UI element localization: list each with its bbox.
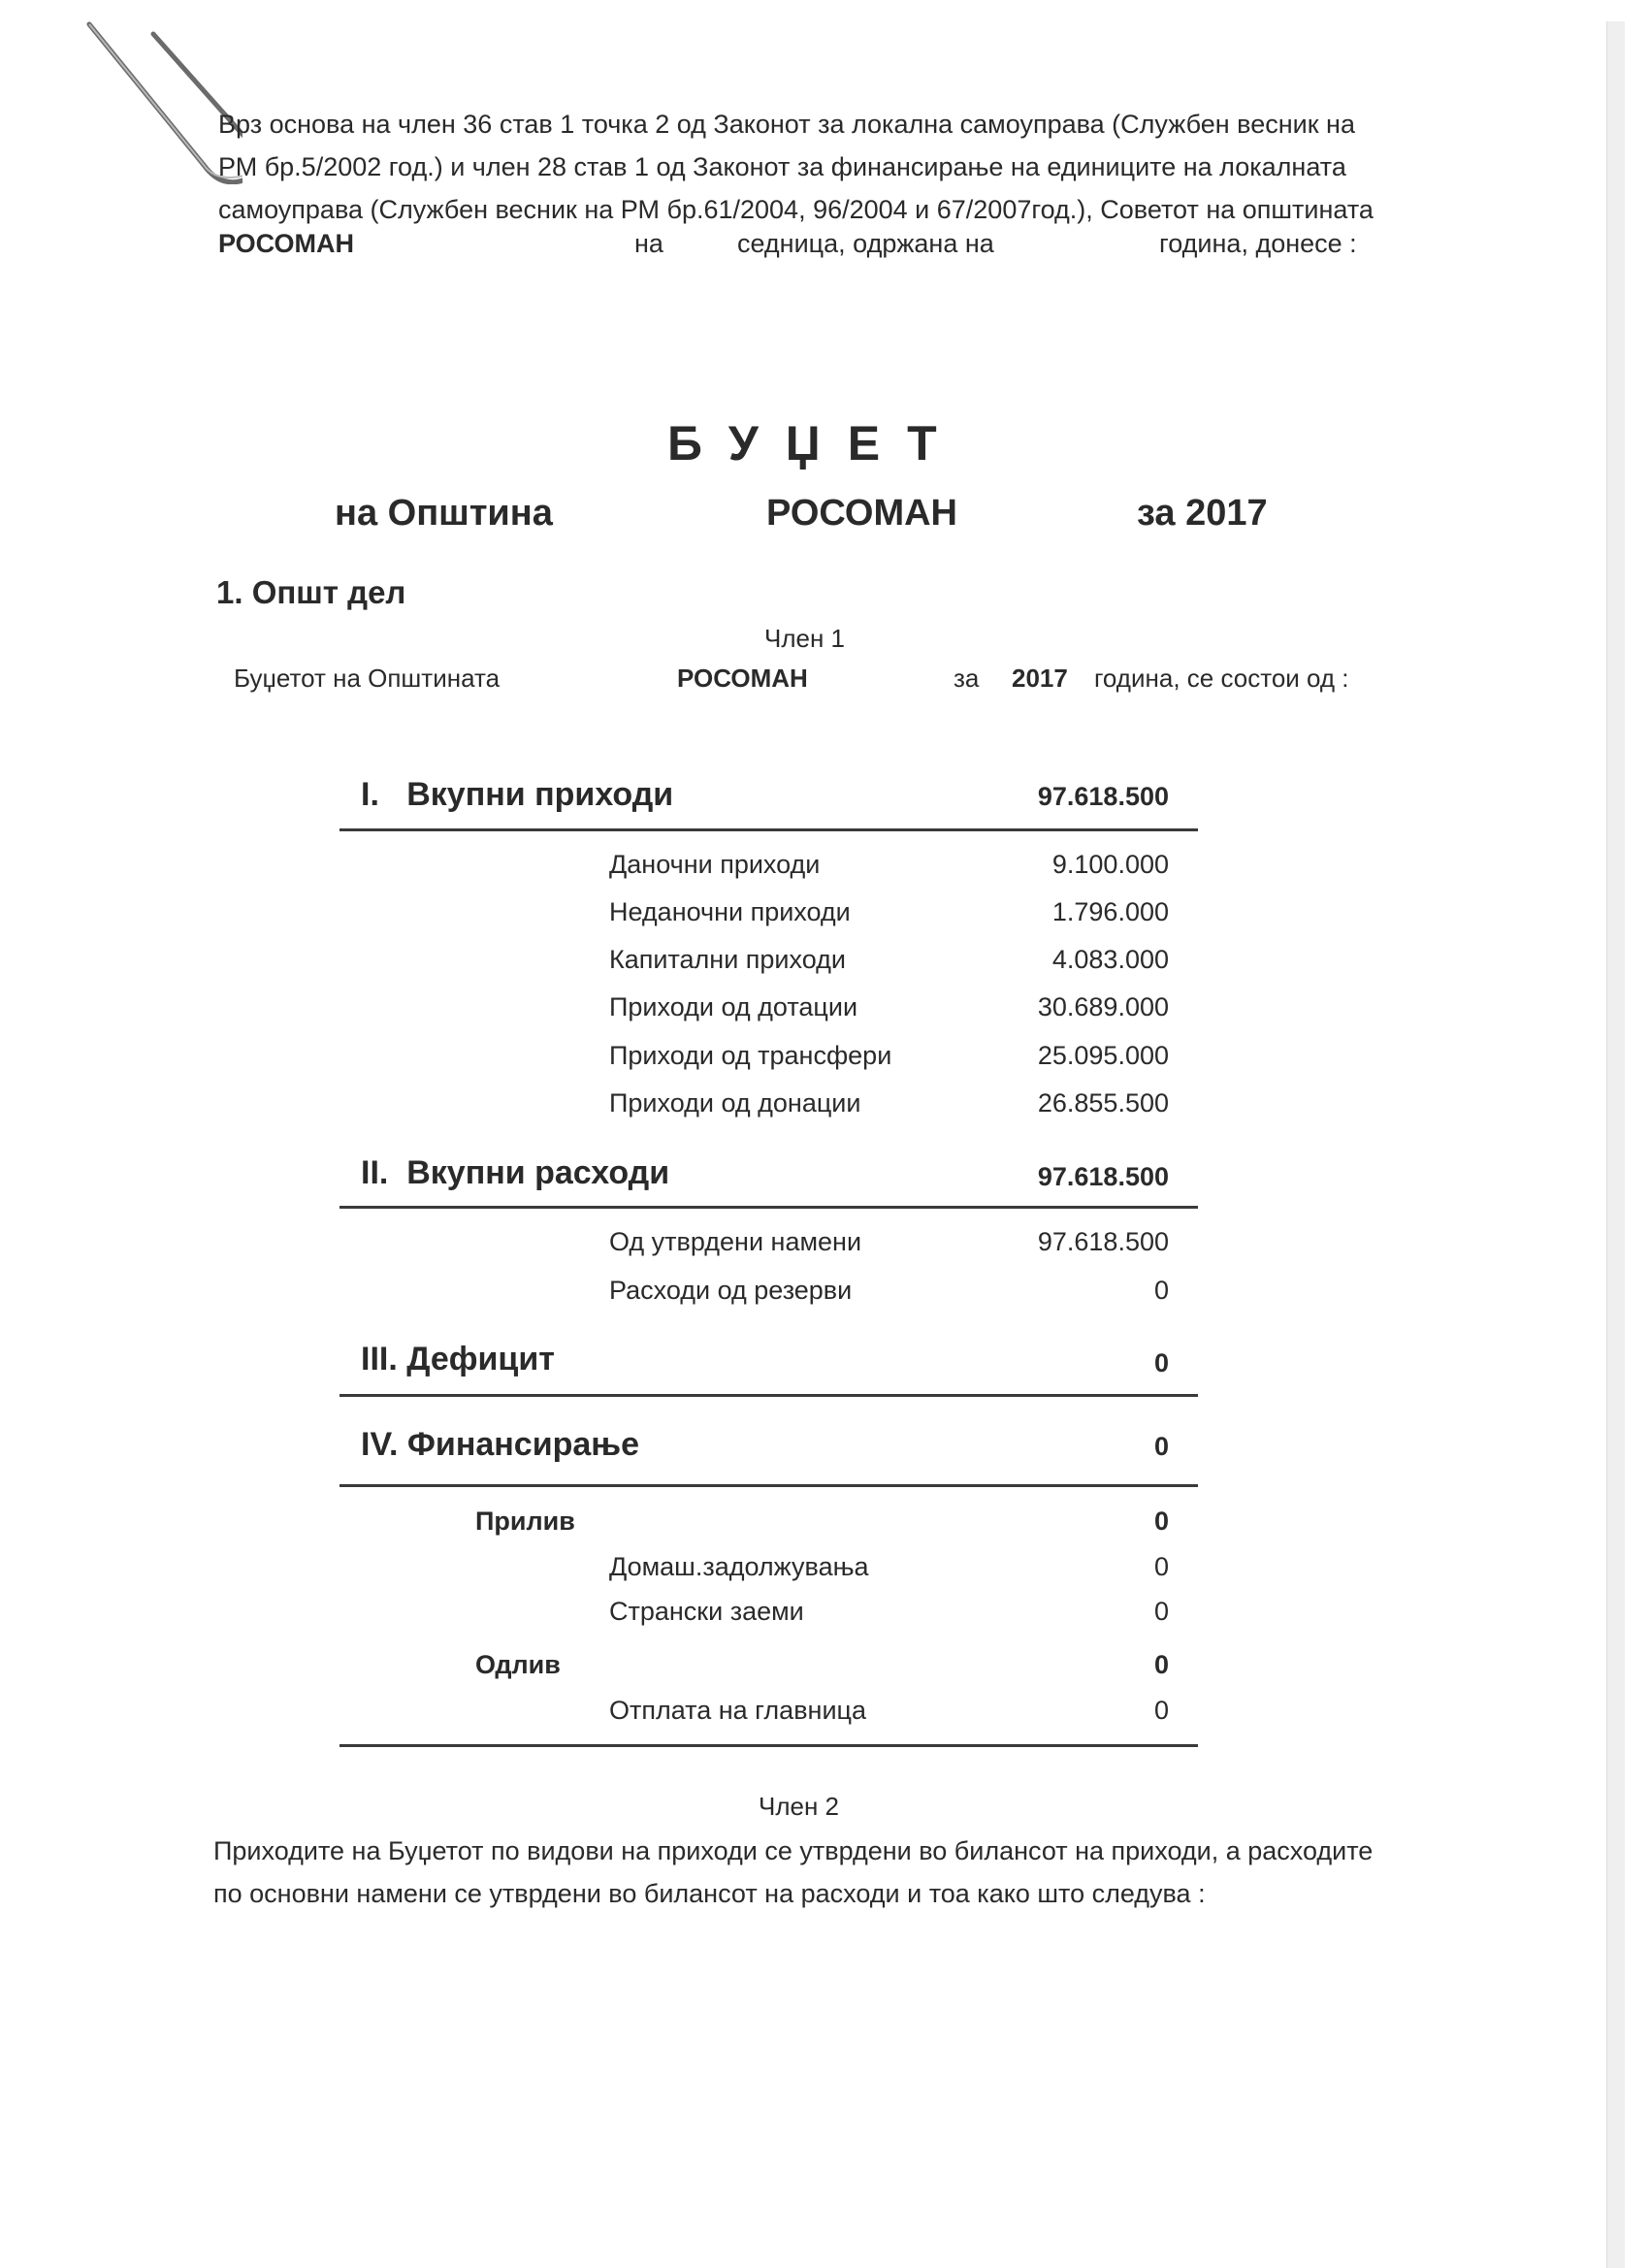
list-item-label: Расходи од резерви [609,1276,852,1306]
list-item-label: Од утврдени намени [609,1227,861,1257]
title-prefix: на Општина [335,493,553,535]
deficit-label: III. Дефицит [361,1341,555,1378]
list-item-label: Даночни приходи [609,850,820,880]
list-item-value: 1.796.000 [917,897,1169,927]
outflow-value: 0 [917,1650,1169,1680]
divider [339,828,1198,831]
total-revenues-label: I. Вкупни приходи [361,776,673,814]
list-item-value: 4.083.000 [917,945,1169,975]
outflow-label: Одлив [475,1650,561,1680]
intro-na: на [634,222,663,265]
list-item-value: 97.618.500 [917,1227,1169,1257]
list-item-value: 0 [917,1276,1169,1306]
title-municipality: РОСОМАН [766,493,957,535]
total-revenues-value: 97.618.500 [917,782,1169,812]
article-1-municipality: РОСОМАН [677,664,808,694]
list-item-label: Приходи од трансфери [609,1041,891,1071]
intro-session: седница, одржана на [737,222,994,265]
article-2-heading: Член 2 [759,1792,839,1822]
financing-value: 0 [917,1432,1169,1462]
list-item-value: 0 [917,1696,1169,1726]
list-item-label: Отплата на главница [609,1696,866,1726]
intro-municipality: РОСОМАН [218,222,354,265]
article-1-year: 2017 [1012,664,1068,694]
divider [339,1484,1198,1487]
divider [339,1206,1198,1209]
list-item-label: Неданочни приходи [609,897,851,927]
section-heading: 1. Општ дел [216,574,405,611]
divider [339,1394,1198,1397]
inflow-value: 0 [917,1507,1169,1537]
list-item-value: 25.095.000 [917,1041,1169,1071]
list-item-value: 9.100.000 [917,850,1169,880]
financing-label: IV. Финансирање [361,1426,639,1464]
document-title: БУЏЕТ [667,415,964,471]
article-1-prefix: Буџетот на Општината [234,664,500,694]
inflow-label: Прилив [475,1507,575,1537]
page-edge-shadow [1606,21,1625,2268]
intro-line-2: РМ бр.5/2002 год.) и член 28 став 1 од З… [218,146,1346,188]
divider [339,1744,1198,1747]
list-item-value: 26.855.500 [917,1088,1169,1118]
list-item-value: 0 [917,1552,1169,1582]
list-item-label: Приходи од дотации [609,992,857,1022]
article-2-line-2: по основни намени се утврдени во билансо… [213,1872,1206,1915]
list-item-value: 30.689.000 [917,992,1169,1022]
article-1-za: за [954,664,979,694]
list-item-label: Капитални приходи [609,945,846,975]
list-item-label: Странски заеми [609,1597,804,1627]
deficit-value: 0 [917,1348,1169,1378]
article-2-line-1: Приходите на Буџетот по видови на приход… [213,1830,1373,1872]
intro-year-adopted: година, донесе : [1159,222,1357,265]
intro-line-1: Врз основа на член 36 став 1 точка 2 од … [218,103,1355,146]
total-expenditures-value: 97.618.500 [917,1162,1169,1192]
list-item-value: 0 [917,1597,1169,1627]
article-1-suffix: година, се состои од : [1094,664,1349,694]
total-expenditures-label: II. Вкупни расходи [361,1154,669,1192]
list-item-label: Домаш.задолжувања [609,1552,869,1582]
article-1-heading: Член 1 [764,624,845,654]
list-item-label: Приходи од донации [609,1088,860,1118]
title-year: за 2017 [1137,493,1268,535]
